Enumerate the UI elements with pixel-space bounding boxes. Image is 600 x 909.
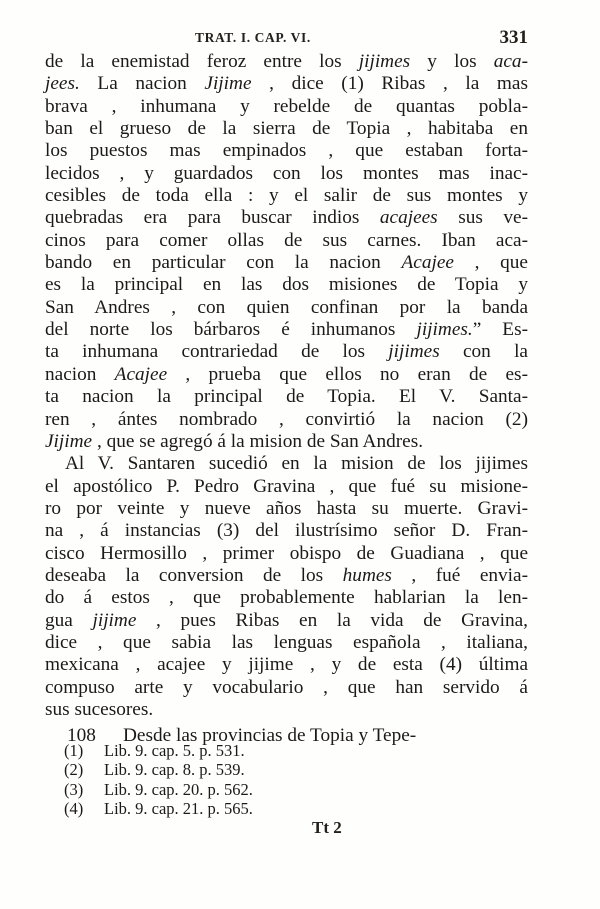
italic-term: jijimes. <box>416 319 472 340</box>
text-segment: ro por veinte y nueve años hasta su muer… <box>45 498 528 519</box>
text-segment: brava , inhumana y rebelde de quantas po… <box>45 96 528 117</box>
text-segment: bando en particular con la nacion <box>45 252 401 273</box>
book-page: TRAT. I. CAP. VI. 331 de la enemistad fe… <box>0 0 600 909</box>
text-segment: ban el grueso de la sierra de Topia , ha… <box>45 118 528 139</box>
text-line: ro por veinte y nueve años hasta su muer… <box>45 498 528 520</box>
footnote-text: Lib. 9. cap. 20. p. 562. <box>104 780 253 799</box>
footnote-mark: (1) <box>64 741 104 760</box>
text-segment: sus sucesores. <box>45 699 153 720</box>
footnote-mark: (4) <box>64 799 104 818</box>
text-segment: , dice (1) Ribas , la mas <box>252 73 528 94</box>
italic-term: Acajee <box>401 252 453 273</box>
text-segment: gua <box>45 610 92 631</box>
text-segment: dice , que sabia las lenguas española , … <box>45 632 528 653</box>
text-segment: , pues Ribas en la vida de Gravina, <box>136 610 528 631</box>
text-line: gua jijime , pues Ribas en la vida de Gr… <box>45 610 528 632</box>
footnote-text: Lib. 9. cap. 8. p. 539. <box>104 760 245 779</box>
text-segment: ta inhumana contrariedad de los <box>45 341 388 362</box>
text-line: de la enemistad feroz entre los jijimes … <box>45 51 528 73</box>
text-segment: el apostólico P. Pedro Gravina , que fué… <box>45 476 528 497</box>
text-segment: de la enemistad feroz entre los <box>45 51 359 72</box>
italic-term: aca- <box>494 51 528 72</box>
italic-term: humes <box>343 565 392 586</box>
footnote-3: (3)Lib. 9. cap. 20. p. 562. <box>64 780 364 799</box>
text-line: sus sucesores. <box>45 699 528 721</box>
text-segment: do á estos , que probablemente hablarian… <box>45 587 528 608</box>
text-segment: , fué envia- <box>392 565 528 586</box>
text-line: brava , inhumana y rebelde de quantas po… <box>45 96 528 118</box>
text-segment: deseaba la conversion de los <box>45 565 343 586</box>
text-segment: lecidos , y guardados con los montes mas… <box>45 163 528 184</box>
text-segment: los puestos mas empinados , que estaban … <box>45 140 528 161</box>
text-line: los puestos mas empinados , que estaban … <box>45 140 528 162</box>
text-segment: , que <box>454 252 528 273</box>
text-line: do á estos , que probablemente hablarian… <box>45 587 528 609</box>
text-segment: nacion <box>45 364 115 385</box>
text-segment: compuso arte y vocabulario , que han ser… <box>45 677 528 698</box>
italic-term: acajees <box>380 207 438 228</box>
text-segment: cisco Hermosillo , primer obispo de Guad… <box>45 543 528 564</box>
text-segment: sus ve- <box>438 207 528 228</box>
text-segment: na , á instancias (3) del ilustrísimo se… <box>45 520 528 541</box>
italic-term: Acajee <box>115 364 167 385</box>
text-line: quebradas era para buscar indios acajees… <box>45 207 528 229</box>
text-segment: cesibles de toda ella : y el salir de su… <box>45 185 528 206</box>
text-segment: , que se agregó á la mision de San Andre… <box>92 431 423 452</box>
text-segment: cinos para comer ollas de sus carnes. Ib… <box>45 230 528 251</box>
footnote-mark: (3) <box>64 780 104 799</box>
text-line: Jijime , que se agregó á la mision de Sa… <box>45 431 528 453</box>
text-segment: del norte los bárbaros é inhumanos <box>45 319 416 340</box>
text-segment: es la principal en las dos misiones de T… <box>45 274 528 295</box>
text-line: dice , que sabia las lenguas española , … <box>45 632 528 654</box>
footnote-4: (4)Lib. 9. cap. 21. p. 565. <box>64 799 364 818</box>
footnote-mark: (2) <box>64 760 104 779</box>
text-segment: mexicana , acajee y jijime , y de esta (… <box>45 654 528 675</box>
italic-term: Jijime <box>204 73 251 94</box>
text-segment: San Andres , con quien confinan por la b… <box>45 297 528 318</box>
signature-mark: Tt 2 <box>312 818 342 838</box>
text-line: compuso arte y vocabulario , que han ser… <box>45 677 528 699</box>
footnote-1: (1)Lib. 9. cap. 5. p. 531. <box>64 741 364 760</box>
text-line: el apostólico P. Pedro Gravina , que fué… <box>45 476 528 498</box>
italic-term: Jijime <box>45 431 92 452</box>
text-line: lecidos , y guardados con los montes mas… <box>45 163 528 185</box>
text-segment: ren , ántes nombrado , convirtió la naci… <box>45 409 528 430</box>
text-segment: con la <box>440 341 528 362</box>
text-line: na , á instancias (3) del ilustrísimo se… <box>45 520 528 542</box>
footnote-text: Lib. 9. cap. 5. p. 531. <box>104 741 245 760</box>
running-title: TRAT. I. CAP. VI. <box>195 30 311 46</box>
text-line: ren , ántes nombrado , convirtió la naci… <box>45 409 528 431</box>
footnotes: (1)Lib. 9. cap. 5. p. 531. (2)Lib. 9. ca… <box>64 741 364 819</box>
italic-term: jijimes <box>359 51 410 72</box>
text-segment: ” Es- <box>473 319 528 340</box>
body-lines: de la enemistad feroz entre los jijimes … <box>45 51 528 721</box>
text-line: nacion Acajee , prueba que ellos no eran… <box>45 364 528 386</box>
text-segment: La nacion <box>80 73 205 94</box>
italic-term: jees. <box>45 73 80 94</box>
footnote-text: Lib. 9. cap. 21. p. 565. <box>104 799 253 818</box>
body-text: de la enemistad feroz entre los jijimes … <box>45 51 528 748</box>
text-line: mexicana , acajee y jijime , y de esta (… <box>45 654 528 676</box>
text-segment: Al V. Santaren sucedió en la mision de l… <box>65 453 528 474</box>
text-line: cinos para comer ollas de sus carnes. Ib… <box>45 230 528 252</box>
text-line: ban el grueso de la sierra de Topia , ha… <box>45 118 528 140</box>
text-line: jees. La nacion Jijime , dice (1) Ribas … <box>45 73 528 95</box>
footnote-2: (2)Lib. 9. cap. 8. p. 539. <box>64 760 364 779</box>
text-line: cesibles de toda ella : y el salir de su… <box>45 185 528 207</box>
page-number: 331 <box>500 27 529 49</box>
text-line: ta inhumana contrariedad de los jijimes … <box>45 341 528 363</box>
italic-term: jijimes <box>388 341 439 362</box>
text-line: deseaba la conversion de los humes , fué… <box>45 565 528 587</box>
text-segment: ta nacion la principal de Topia. El V. S… <box>45 386 528 407</box>
italic-term: jijime <box>92 610 136 631</box>
text-line: es la principal en las dos misiones de T… <box>45 274 528 296</box>
text-line: ta nacion la principal de Topia. El V. S… <box>45 386 528 408</box>
text-segment: y los <box>410 51 494 72</box>
running-head: TRAT. I. CAP. VI. 331 <box>45 28 528 52</box>
text-segment: quebradas era para buscar indios <box>45 207 380 228</box>
text-segment: , prueba que ellos no eran de es- <box>167 364 528 385</box>
text-line: San Andres , con quien confinan por la b… <box>45 297 528 319</box>
text-line: del norte los bárbaros é inhumanos jijim… <box>45 319 528 341</box>
text-line: cisco Hermosillo , primer obispo de Guad… <box>45 543 528 565</box>
text-line: bando en particular con la nacion Acajee… <box>45 252 528 274</box>
text-line: Al V. Santaren sucedió en la mision de l… <box>45 453 528 475</box>
